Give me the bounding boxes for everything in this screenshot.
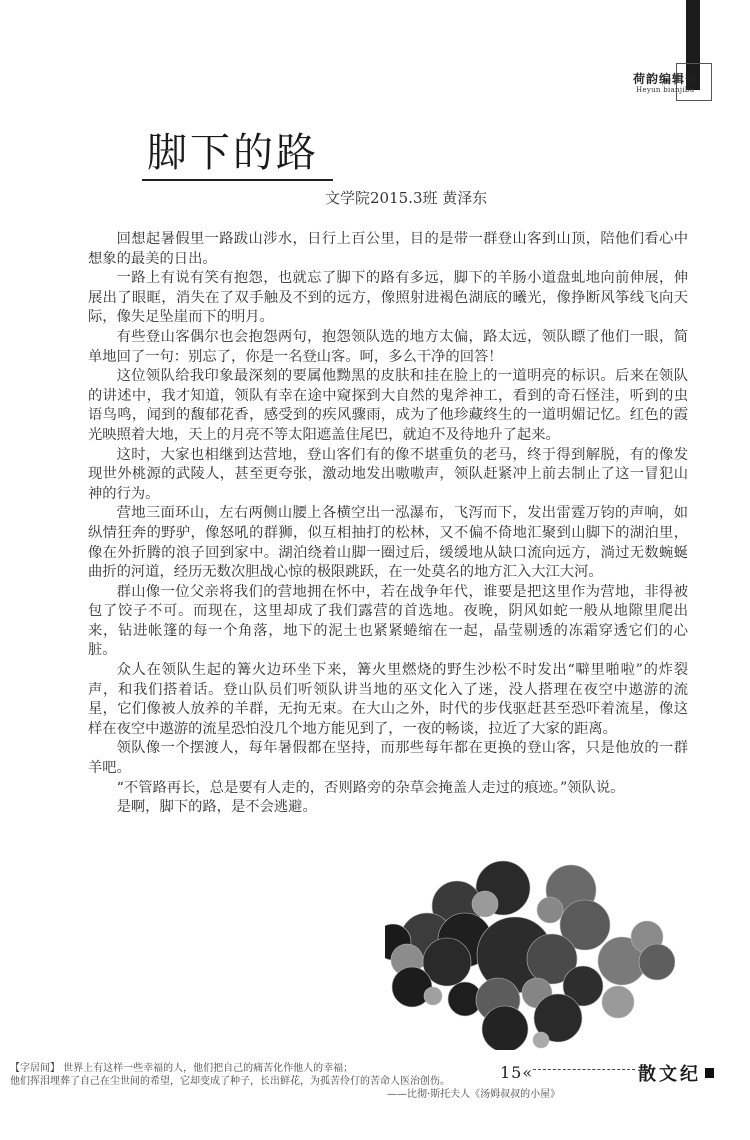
page-dash-rule [533,1069,635,1070]
footer-quote-line2: 他们挥泪埋葬了自己在尘世间的希望，它却变成了种子，长出鲜花，为孤苦伶仃的苦命人医… [10,1075,450,1088]
section-subtitle: Heyun bianjibu [636,86,694,94]
paragraph: 有些登山客偶尔也会抱怨两句，抱怨领队选的地方太偏，路太远，领队瞟了他们一眼，简单… [88,328,688,367]
paragraph: 众人在领队生起的篝火边环坐下来，篝火里燃烧的野生沙松不时发出“噼里啪啦”的炸裂声… [88,661,688,739]
footer-quote-line1: 【字居间】 世界上有这样一些幸福的人，他们把自己的痛苦化作他人的幸福； [10,1062,450,1075]
leaves-illustration [385,860,675,1050]
paragraph: 回想起暑假里一路跋山涉水，日行上百公里，目的是带一群登山客到山顶，陪他们看心中想… [88,230,688,269]
paragraph: 这时，大家也相继到达营地，登山客们有的像不堪重负的老马，终于得到解脱，有的像发现… [88,446,688,505]
paragraph: 营地三面环山，左右两侧山腰上各横空出一泓瀑布，飞泻而下，发出雷霆万钧的声响，如纵… [88,504,688,582]
page-number: 15« [500,1063,533,1082]
article-title: 脚下的路 [147,128,319,178]
footer-attribution: ——比彻·斯托夫人《汤姆叔叔的小屋》 [387,1085,560,1100]
article-body: 回想起暑假里一路跋山涉水，日行上百公里，目的是带一群登山客到山顶，陪他们看心中想… [88,230,688,818]
paragraph: 群山像一位父亲将我们的营地拥在怀中，若在战争年代，谁要是把这里作为营地，非得被包… [88,583,688,661]
footer-quote: 【字居间】 世界上有这样一些幸福的人，他们把自己的痛苦化作他人的幸福； 他们挥泪… [10,1062,450,1088]
section-title: 荷韵编辑部 [633,70,698,87]
paragraph: 一路上有说有笑有抱怨，也就忘了脚下的路有多远，脚下的羊肠小道盘虬地向前伸展，伸展… [88,269,688,328]
paragraph: “不管路再长，总是要有人走的，否则路旁的杂草会掩盖人走过的痕迹。”领队说。 [88,779,688,799]
article-byline: 文学院2015.3班 黄泽东 [325,187,487,208]
title-underline [142,179,333,181]
paragraph: 是啊，脚下的路，是不会逃避。 [88,798,688,818]
column-square-icon [705,1068,714,1078]
paragraph: 这位领队给我印象最深刻的要属他黝黑的皮肤和挂在脸上的一道明亮的标识。后来在领队的… [88,367,688,445]
column-name: 散文纪 [638,1060,701,1086]
paragraph: 领队像一个摆渡人，每年暑假都在坚持，而那些每年都在更换的登山客，只是他放的一群羊… [88,739,688,778]
